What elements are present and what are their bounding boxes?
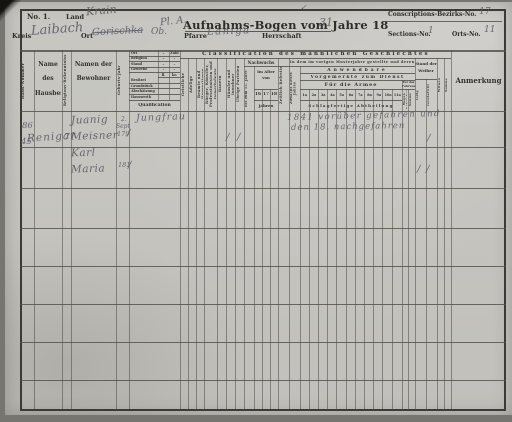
pfarre-label: Pfarre bbox=[184, 32, 207, 40]
status-column-header: Bürger, Künstler, Professionisten und Ge… bbox=[205, 59, 216, 109]
grid-vertical-line bbox=[346, 89, 347, 410]
resident-name: Maria bbox=[71, 162, 106, 175]
house-number-1: 86 bbox=[22, 121, 33, 131]
grid-horizontal-line bbox=[254, 89, 278, 90]
tick-mark: ∕ bbox=[417, 164, 420, 175]
column-hausbesitzer: Name des Hausbesitzers bbox=[35, 58, 61, 110]
untauglich-column: Wegen Gebrechen bbox=[403, 89, 407, 110]
qualbox-money-row: Besitzet bbox=[131, 78, 157, 82]
tick-mark: ∕ bbox=[426, 164, 429, 175]
grid-vertical-line bbox=[355, 89, 356, 410]
sections-label: Sections-No. bbox=[388, 31, 431, 38]
column-bewohner: Namen der Bewohner bbox=[72, 58, 115, 110]
weiber-sub-column: verehelicht bbox=[427, 80, 436, 110]
grid-horizontal-line bbox=[20, 228, 506, 229]
grid-vertical-line bbox=[373, 89, 374, 410]
kreis-label: Kreis bbox=[12, 32, 31, 40]
qualbox-row-label: Religion bbox=[131, 56, 155, 60]
grid-vertical-line bbox=[327, 89, 328, 410]
scanned-document: No. 1. Land Krain Pl. A. ✓ Aufnahms-Boge… bbox=[0, 0, 512, 422]
orts-label: Orts-No. bbox=[452, 31, 481, 38]
qualification-box-footer: Qualification bbox=[129, 103, 180, 108]
check-mark: ✓ bbox=[300, 3, 307, 12]
grid-horizontal-line bbox=[300, 100, 402, 101]
tick-mark: ∕ bbox=[128, 160, 131, 171]
qualbox-row-label: Gewerbe bbox=[131, 67, 155, 71]
summe-weiber-column: Summe bbox=[445, 59, 450, 110]
age-column-header: 17 bbox=[262, 92, 270, 97]
conscription-underline bbox=[386, 21, 502, 22]
qualbox-money-row: Grundstück bbox=[131, 84, 157, 88]
birth-day: 2. bbox=[121, 116, 127, 123]
tick-mark: ∕ bbox=[226, 132, 229, 143]
family-number: 7 bbox=[64, 133, 70, 143]
qualbox-row-label: Ort bbox=[131, 51, 155, 55]
grid-vertical-line bbox=[254, 66, 255, 410]
qualification-entry: Jungfrau bbox=[136, 111, 186, 124]
grid-horizontal-line bbox=[129, 100, 180, 101]
grid-vertical-line bbox=[270, 89, 271, 410]
status-column-header: Bauern bbox=[218, 59, 225, 109]
grid-horizontal-line bbox=[20, 50, 506, 52]
age-column-header: 16 bbox=[254, 92, 262, 97]
vorgemerkte-header: Vorgemerkte zum Dienst bbox=[300, 75, 415, 80]
sections-value: 1 bbox=[428, 26, 434, 36]
grid-vertical-line bbox=[402, 80, 403, 410]
grid-vertical-line bbox=[426, 79, 427, 410]
grid-horizontal-line bbox=[20, 188, 506, 189]
weiber-sub-column: ledig bbox=[416, 80, 425, 110]
armee-column-header: 8a bbox=[365, 93, 374, 97]
tick-mark: ∕ bbox=[237, 132, 240, 143]
armee-column-header: 2a bbox=[309, 93, 318, 97]
grid-vertical-line bbox=[309, 89, 310, 410]
armee-column-header: 4a bbox=[328, 93, 337, 97]
qualbox-row-dash: – bbox=[158, 67, 169, 71]
column-geburts-jahr: Geburts-Jahr bbox=[117, 51, 128, 110]
qualbox-row-dash: – bbox=[158, 51, 169, 55]
qualbox-row-label: Stand bbox=[131, 62, 155, 66]
nachwuchs-age-header: Im Alter von bbox=[255, 69, 277, 88]
qualbox-row-value: – bbox=[169, 67, 180, 71]
age-column-header: 18 bbox=[270, 92, 278, 97]
qualbox-money-col: fl. bbox=[158, 73, 169, 77]
grid-vertical-line bbox=[262, 89, 263, 410]
fuhrwesen-header: Für das Fuhrwesen bbox=[402, 81, 415, 89]
qualbox-row-value: Zahl bbox=[169, 51, 180, 55]
qualbox-row-value: – bbox=[169, 56, 180, 60]
tick-mark: ∕ bbox=[127, 128, 130, 139]
grid-vertical-line bbox=[34, 50, 35, 410]
orts-value: 11 bbox=[484, 25, 495, 35]
grid-horizontal-line bbox=[300, 73, 415, 74]
resident-name: Juanig bbox=[71, 113, 108, 126]
column-haus-nummer: Haus-Nummer bbox=[21, 51, 33, 110]
grid-vertical-line bbox=[392, 89, 393, 410]
status-column-header: Übrige Parteien bbox=[236, 59, 243, 109]
herrschaft-label: Herrschaft bbox=[262, 32, 301, 40]
grid-horizontal-line bbox=[20, 342, 506, 343]
nachwuchs-age-footer: Jahren bbox=[255, 103, 277, 108]
conscription-label: Conscriptions-Bezirks-No. bbox=[388, 11, 476, 18]
grid-vertical-line bbox=[318, 89, 319, 410]
grid-horizontal-line bbox=[20, 304, 506, 305]
anmerkung-header: Anmerkung bbox=[451, 76, 506, 85]
armee-column-header: 3a bbox=[319, 93, 328, 97]
tick-mark: ∕ bbox=[427, 133, 430, 144]
weiber-header: Stand der Weiber bbox=[415, 61, 437, 78]
resident-name: Meisner bbox=[71, 129, 119, 143]
armee-column-header: 6a bbox=[346, 93, 355, 97]
grid-horizontal-line bbox=[158, 77, 180, 78]
qualbox-row-dash: – bbox=[158, 56, 169, 60]
qualbox-money-row: Abschätzung bbox=[131, 89, 157, 93]
grid-vertical-line bbox=[408, 89, 409, 410]
grid-horizontal-line bbox=[20, 266, 506, 267]
grid-vertical-line bbox=[451, 50, 452, 410]
grid-vertical-line bbox=[336, 89, 337, 410]
witwen-column: Witwen bbox=[438, 59, 443, 110]
grid-horizontal-line bbox=[300, 80, 415, 81]
status-column-header: Geistliche bbox=[181, 59, 187, 109]
land-value: Krain bbox=[85, 3, 117, 19]
grid-vertical-line bbox=[382, 89, 383, 410]
grid-vertical-line bbox=[71, 50, 72, 410]
summe-column: Summe bbox=[409, 89, 414, 110]
qualbox-row-dash: – bbox=[158, 62, 169, 66]
armee-column-header: 11a bbox=[393, 93, 402, 97]
grid-vertical-line bbox=[116, 50, 117, 410]
armee-column-header: 1a bbox=[300, 93, 309, 97]
nachwuchs-title: Nachwuchs bbox=[245, 60, 277, 65]
grid-vertical-line bbox=[364, 89, 365, 410]
zuwachs-column: Zuwachs dieses Jahres bbox=[290, 67, 299, 110]
pfarre-value: Laniga bbox=[207, 25, 251, 38]
armee-column-header: 5a bbox=[337, 93, 346, 97]
gestellte-title: In dem im vorigen Musterjahre gestellte … bbox=[290, 60, 414, 64]
armee-column-header: 7a bbox=[356, 93, 365, 97]
qualbox-money-col: kr. bbox=[169, 73, 180, 77]
armee-column-header: 9a bbox=[374, 93, 383, 97]
ort-value-suffix: Ob. bbox=[151, 27, 167, 37]
form-title-year: 31 bbox=[319, 16, 333, 29]
nachwuchs-under-15: Bis zum 15. Jahre bbox=[245, 67, 253, 110]
grid-vertical-line bbox=[62, 50, 63, 410]
anwendbare-header: Anwendbare bbox=[300, 68, 415, 73]
grid-horizontal-line bbox=[244, 66, 415, 67]
status-column-header: Adelige bbox=[189, 59, 195, 109]
resident-name: Karl bbox=[71, 147, 96, 160]
grid-horizontal-line bbox=[300, 89, 415, 90]
column-religion: Religions-Bekenntniss bbox=[63, 51, 70, 110]
grid-vertical-line bbox=[129, 50, 130, 410]
sheet-number: No. 1. bbox=[27, 12, 50, 21]
grid-horizontal-line bbox=[20, 111, 506, 112]
classification-title: Classification des männlichen Geschlecht… bbox=[181, 51, 451, 57]
grid-horizontal-line bbox=[20, 380, 506, 381]
armee-column-header: 10a bbox=[383, 93, 392, 97]
grid-vertical-line bbox=[300, 66, 301, 410]
qualbox-money-row: Hauswerth bbox=[131, 95, 157, 99]
conscription-value: 17 bbox=[479, 7, 490, 17]
status-column-header: Häusler und Inwohner bbox=[227, 59, 234, 109]
status-column-header: Beamte und Honoratioren bbox=[197, 59, 203, 109]
grid-horizontal-line bbox=[254, 100, 278, 101]
armee-header: Für die Armee bbox=[300, 82, 402, 88]
armee-footer: Schlagfertige Abtheilung bbox=[300, 103, 402, 108]
qualbox-row-value: – bbox=[169, 62, 180, 66]
